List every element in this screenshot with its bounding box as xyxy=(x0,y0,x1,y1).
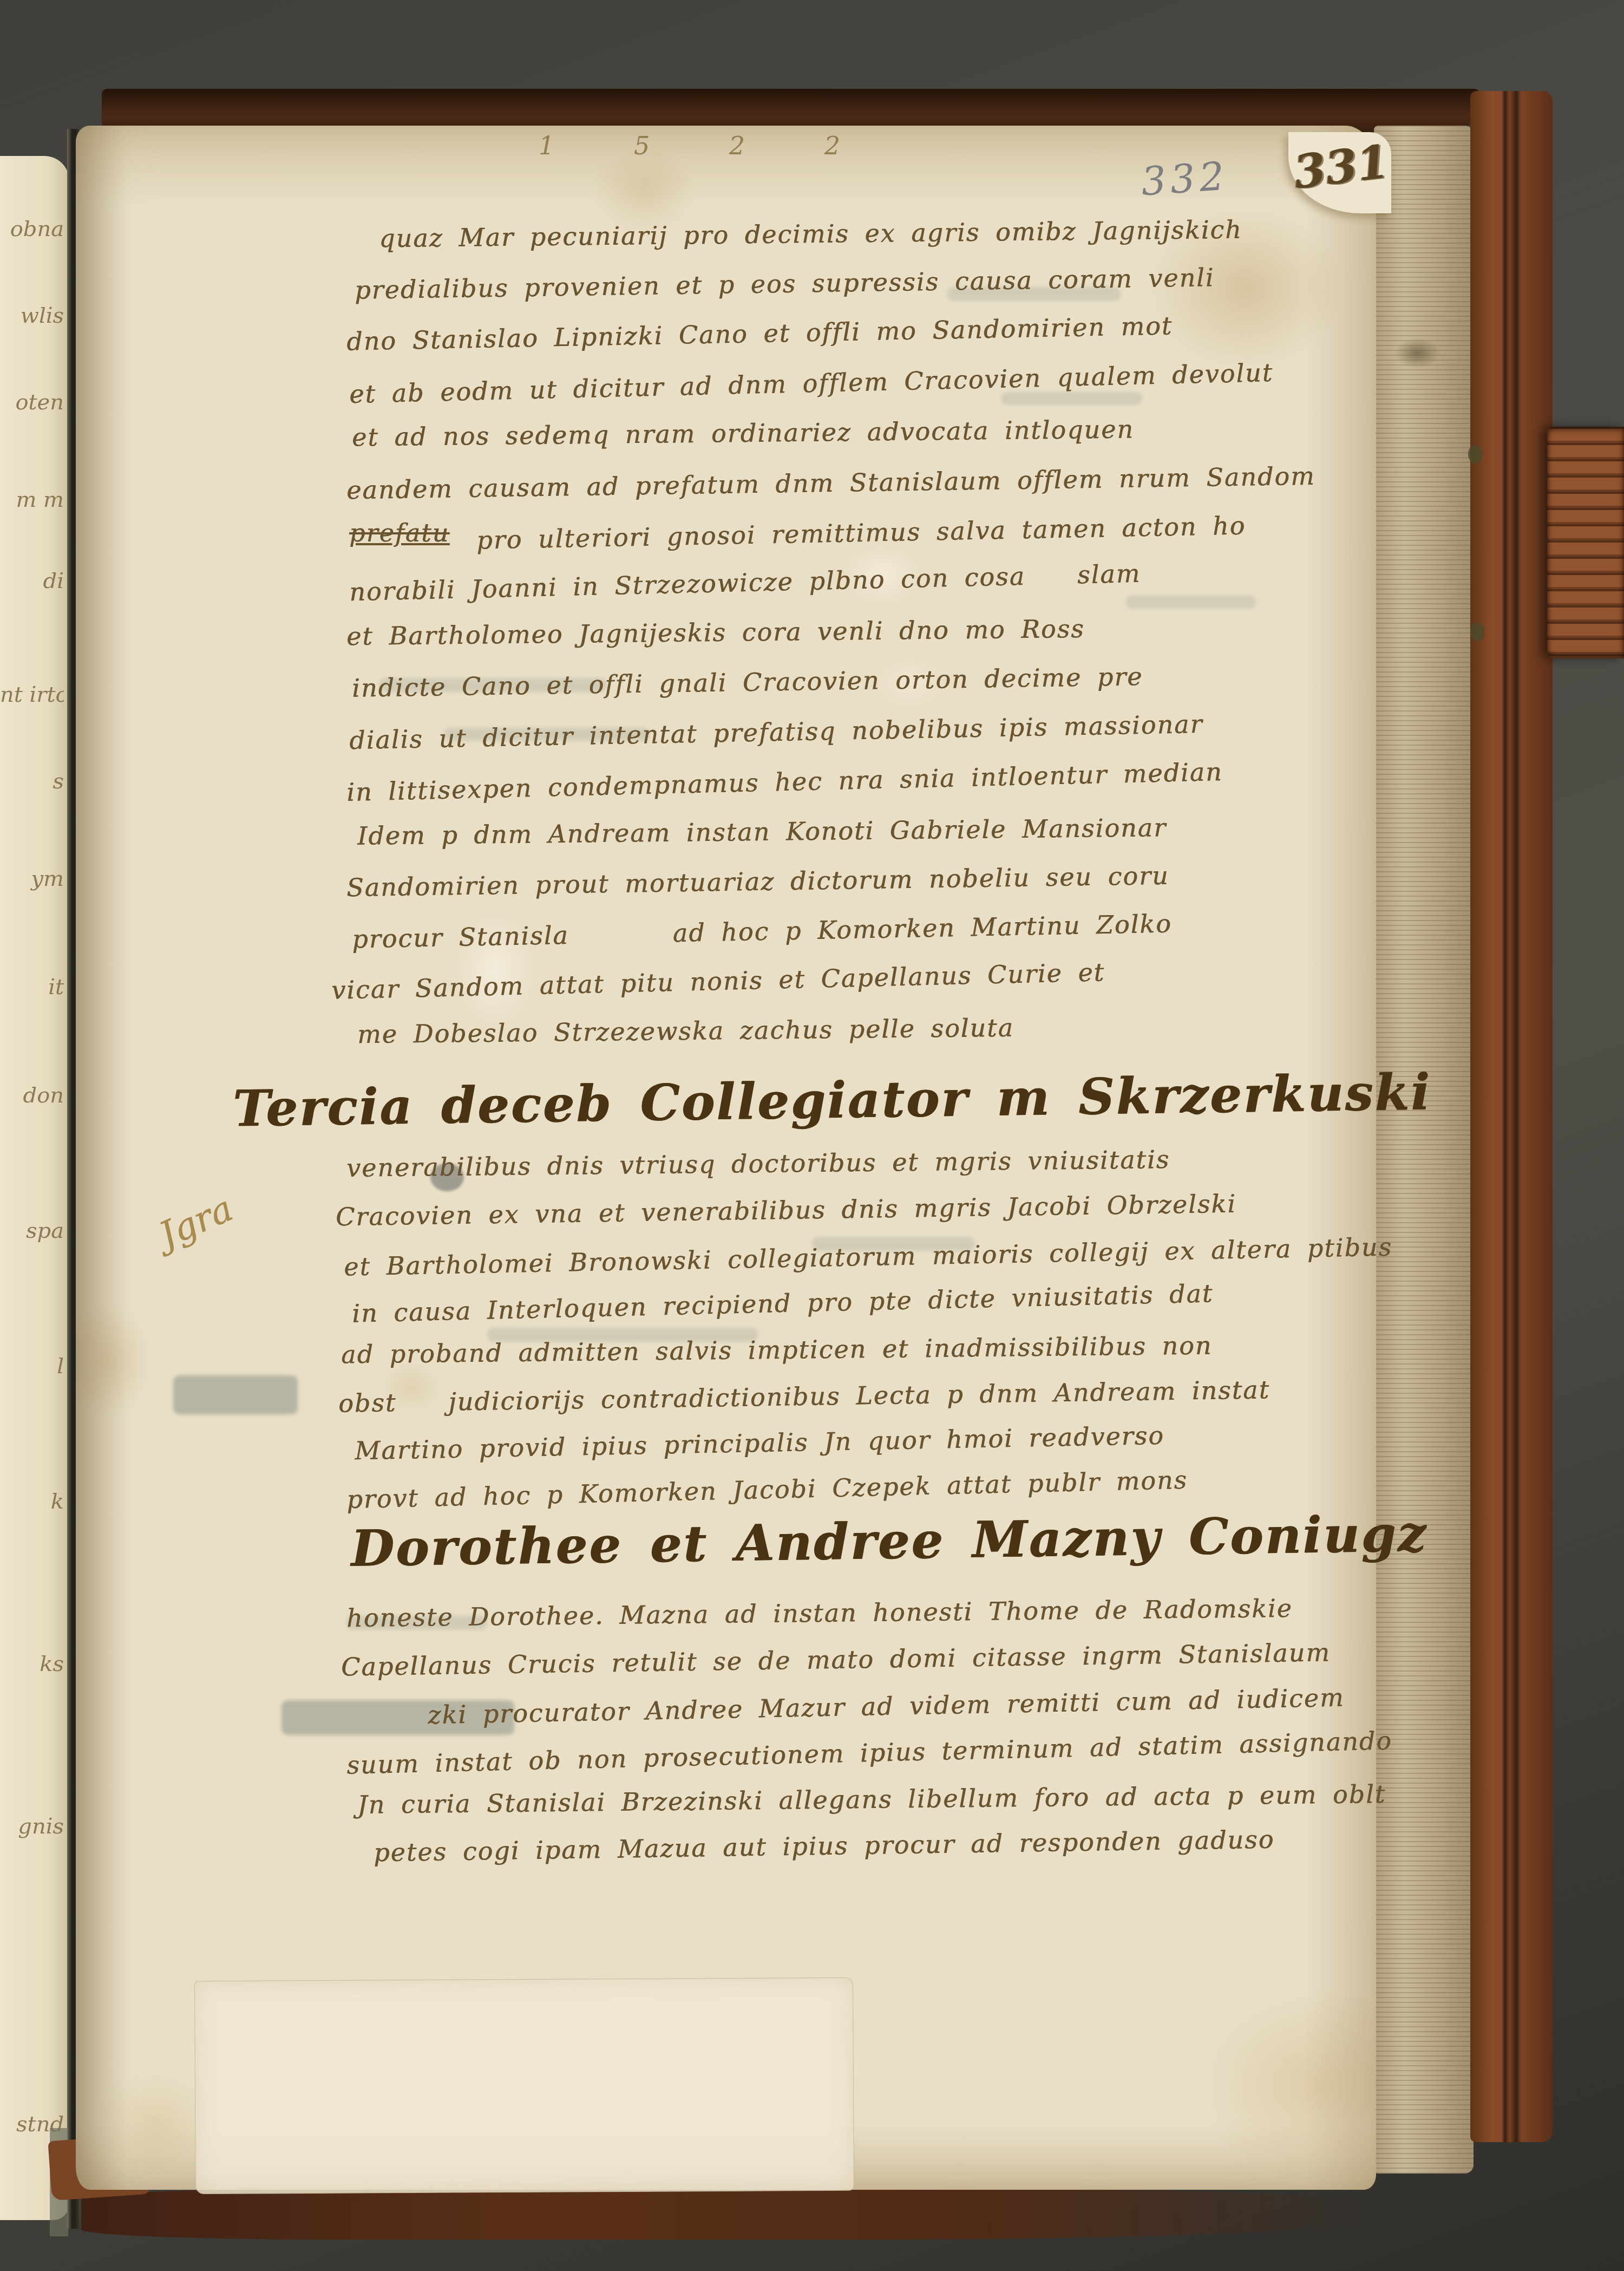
manuscript-line: norabili Joanni in Strzezowicze plbno co… xyxy=(349,559,1141,606)
manuscript-line: Sandomirien prout mortuariaz dictorum no… xyxy=(346,861,1169,903)
manuscript-line: dno Stanislao Lipnizki Cano et offli mo … xyxy=(346,311,1173,356)
manuscript-line: et Bartholomeo Jagnijeskis cora venli dn… xyxy=(346,614,1085,651)
manuscript-line: eandem causam ad prefatum dnm Stanislaum… xyxy=(346,461,1315,505)
manuscript-line: et Bartholomei Bronowski collegiatorum m… xyxy=(344,1232,1393,1281)
manuscript-line: suum instat ob non prosecutionem ipius t… xyxy=(346,1726,1393,1780)
manuscript-line: pro ulteriori gnosoi remittimus salva ta… xyxy=(476,511,1246,554)
manuscript-line: petes cogi ipam Mazua aut ipius procur a… xyxy=(374,1825,1275,1868)
manuscript-line: dialis ut dicitur intentat prefatisq nob… xyxy=(349,709,1203,755)
struck-through-word: prefatu xyxy=(349,518,449,547)
manuscript-line: et ad nos sedemq nram ordinariez advocat… xyxy=(352,414,1134,452)
manuscript-line: Capellanus Crucis retulit se de mato dom… xyxy=(341,1637,1331,1681)
section-heading: Tercia deceb Collegiator m Skrzerkuski xyxy=(232,1063,1431,1138)
manuscript-line: Cracovien ex vna et venerabilibus dnis m… xyxy=(336,1189,1237,1232)
folio-number-ink: 331 xyxy=(1291,134,1392,199)
manuscript-line: indicte Cano et offli gnali Cracovien or… xyxy=(352,662,1143,703)
manuscript-line: Martino provid ipius principalis Jn quor… xyxy=(355,1421,1165,1466)
manuscript-line: vicar Sandom attat pitu nonis et Capella… xyxy=(331,957,1105,1005)
year-inscription: 1 5 2 2 xyxy=(539,131,876,160)
manuscript-line: in causa Interloquen recipiend pro pte d… xyxy=(352,1278,1214,1328)
folio-number-pencil: 332 xyxy=(1140,153,1230,204)
section-heading: Dorothee et Andree Mazny Coniugz xyxy=(350,1504,1427,1578)
manuscript-line: provt ad hoc p Komorken Jacobi Czepek at… xyxy=(346,1465,1188,1515)
manuscript-line: me Dobeslao Strzezewska zachus pelle sol… xyxy=(357,1013,1014,1049)
manuscript-line: ad proband admitten salvis impticen et i… xyxy=(341,1331,1213,1369)
manuscript-line: predialibus provenien et p eos supressis… xyxy=(355,263,1215,305)
manuscript-line: et ab eodm ut dicitur ad dnm offlem Crac… xyxy=(349,358,1274,409)
manuscript-line: venerabilibus dnis vtriusq doctoribus et… xyxy=(346,1145,1170,1183)
manuscript-line: Jn curia Stanislai Brzezinski allegans l… xyxy=(357,1779,1386,1819)
manuscript-line: quaz Mar pecuniarij pro decimis ex agris… xyxy=(379,215,1242,253)
manuscript-line: zki procurator Andree Mazur ad videm rem… xyxy=(428,1683,1345,1730)
manuscript-line: in littisexpen condempnamus hec nra snia… xyxy=(346,757,1223,807)
handwriting-layer: 332 331 1 5 2 2 Jgra prefatu quaz Mar pe… xyxy=(0,0,1624,2271)
manuscript-line: honeste Dorothee. Mazna ad instan honest… xyxy=(346,1594,1293,1633)
manuscript-line: procur Stanisla ad hoc p Komorken Martin… xyxy=(352,909,1173,954)
manuscript-line: Idem p dnm Andream instan Konoti Gabriel… xyxy=(357,813,1167,851)
manuscript-line: obst judiciorijs contradictionibus Lecta… xyxy=(338,1375,1271,1418)
manuscript-photograph: obnawlisotenm mdint irtonsymitdonspalkks… xyxy=(0,0,1624,2271)
margin-annotation: Jgra xyxy=(153,1187,239,1256)
